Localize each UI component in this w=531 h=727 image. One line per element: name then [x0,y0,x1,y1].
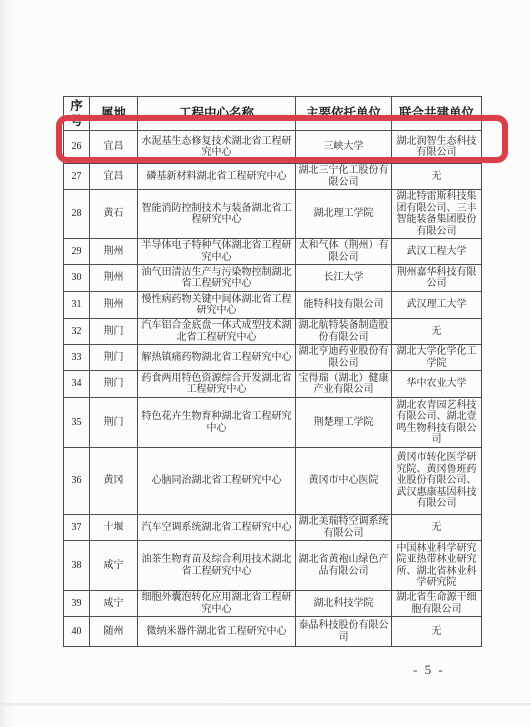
cell-name: 心脑同治湖北省工程研究中心 [138,448,296,515]
cell-no: 32 [64,319,90,345]
cell-region: 黄冈 [90,448,138,515]
cell-no: 38 [64,541,90,591]
cell-partners: 荆州嘉华科技有限公司 [392,265,482,292]
cell-partners: 中国林业科学研究院亚热带林业研究所、湖北省林业科学研究院 [392,541,482,591]
cell-name: 汽车铝合金底盘一体式成型技术湖北省工程研究中心 [138,319,296,345]
cell-no: 37 [64,515,90,541]
cell-region: 荆门 [90,319,138,345]
table-row: 37十堰汽车空调系统湖北省工程研究中心湖北美瑞特空调系统有限公司无 [64,515,482,541]
cell-name: 慢性病药物关键中间体湖北省工程研究中心 [138,292,296,319]
table-body: 26宜昌水泥基生态修复技术湖北省工程研究中心三峡大学湖北润智生态科技有限公司27… [64,131,482,647]
cell-region: 黄石 [90,190,138,239]
cell-region: 荆州 [90,265,138,292]
cell-region: 宜昌 [90,164,138,190]
cell-partners: 湖北农青园艺科技有限公司、湖北壹鸣生物科技有限公司 [392,398,482,448]
cell-partners: 武汉工程大学 [392,239,482,265]
cell-region: 荆门 [90,345,138,371]
cell-partners: 无 [392,515,482,541]
header-serial-number: 序号 [64,97,90,131]
cell-host: 湖北亨迪药业股份有限公司 [296,345,392,371]
cell-partners: 无 [392,617,482,647]
cell-name: 油茶生物育苗及综合利用技术湖北省工程研究中心 [138,541,296,591]
cell-no: 29 [64,239,90,265]
engineering-centers-table: 序号 属地 工程中心名称 主要依托单位 联合共建单位 26宜昌水泥基生态修复技术… [63,96,482,647]
cell-host: 能特科技有限公司 [296,292,392,319]
cell-no: 26 [64,131,90,164]
cell-region: 宜昌 [90,131,138,164]
table-row: 30荆州油气田清洁生产与污染物控制湖北省工程研究中心长江大学荆州嘉华科技有限公司 [64,265,482,292]
cell-partners: 湖北大学化学化工学院 [392,345,482,371]
cell-region: 咸宁 [90,591,138,617]
cell-no: 34 [64,371,90,398]
cell-no: 30 [64,265,90,292]
cell-region: 荆州 [90,292,138,319]
cell-region: 荆门 [90,398,138,448]
cell-partners: 湖北省生命源干细胞有限公司 [392,591,482,617]
cell-host: 湖北美瑞特空调系统有限公司 [296,515,392,541]
cell-name: 细胞外囊泡转化应用湖北省工程研究中心 [138,591,296,617]
header-host-unit: 主要依托单位 [296,97,392,131]
table-row: 29荆州半导体电子特种气体湖北省工程研究中心太和气体（荆州）有限公司武汉工程大学 [64,239,482,265]
table-row: 28黄石智能消防控制技术与装备湖北省工程研究中心湖北理工学院湖北特雷斯科技集团有… [64,190,482,239]
cell-no: 28 [64,190,90,239]
cell-partners: 湖北特雷斯科技集团有限公司、三丰智能装备集团股份有限公司 [392,190,482,239]
cell-name: 水泥基生态修复技术湖北省工程研究中心 [138,131,296,164]
table-row: 39咸宁细胞外囊泡转化应用湖北省工程研究中心湖北科技学院湖北省生命源干细胞有限公… [64,591,482,617]
cell-host: 湖北科技学院 [296,591,392,617]
table-row: 36黄冈心脑同治湖北省工程研究中心黄冈市中心医院黄冈市转化医学研究院、黄冈鲁班药… [64,448,482,515]
cell-region: 十堰 [90,515,138,541]
header-joint-unit: 联合共建单位 [392,97,482,131]
table-row: 34荆门药食两用特色资源综合开发湖北省工程研究中心宝得瑞（湖北）健康产业有限公司… [64,371,482,398]
table-row: 27宜昌磷基新材料湖北省工程研究中心湖北三宁化工股份有限公司无 [64,164,482,190]
cell-host: 湖北三宁化工股份有限公司 [296,164,392,190]
cell-name: 汽车空调系统湖北省工程研究中心 [138,515,296,541]
cell-no: 35 [64,398,90,448]
cell-partners: 无 [392,164,482,190]
cell-region: 随州 [90,617,138,647]
table-row: 38咸宁油茶生物育苗及综合利用技术湖北省工程研究中心湖北省黄袍山绿色产品有限公司… [64,541,482,591]
table-row: 31荆州慢性病药物关键中间体湖北省工程研究中心能特科技有限公司武汉理工大学 [64,292,482,319]
cell-host: 宝得瑞（湖北）健康产业有限公司 [296,371,392,398]
table-header-row: 序号 属地 工程中心名称 主要依托单位 联合共建单位 [64,97,482,131]
cell-partners: 无 [392,319,482,345]
cell-host: 泰晶科技股份有限公司 [296,617,392,647]
page-number: - 5 - [413,662,445,678]
cell-region: 咸宁 [90,541,138,591]
cell-no: 36 [64,448,90,515]
cell-host: 太和气体（荆州）有限公司 [296,239,392,265]
cell-partners: 湖北润智生态科技有限公司 [392,131,482,164]
cell-host: 长江大学 [296,265,392,292]
cell-partners: 华中农业大学 [392,371,482,398]
cell-no: 39 [64,591,90,617]
header-region: 属地 [90,97,138,131]
cell-region: 荆门 [90,371,138,398]
table-row: 40随州微纳米器件湖北省工程研究中心泰晶科技股份有限公司无 [64,617,482,647]
cell-name: 磷基新材料湖北省工程研究中心 [138,164,296,190]
cell-host: 三峡大学 [296,131,392,164]
cell-region: 荆州 [90,239,138,265]
cell-partners: 黄冈市转化医学研究院、黄冈鲁班药业股份有限公司、武汉惠康基因科技有限公司 [392,448,482,515]
cell-name: 解热镇痛药物湖北省工程研究中心 [138,345,296,371]
page-bottom-edge [0,703,531,706]
cell-name: 半导体电子特种气体湖北省工程研究中心 [138,239,296,265]
cell-partners: 武汉理工大学 [392,292,482,319]
table-row-highlighted: 26宜昌水泥基生态修复技术湖北省工程研究中心三峡大学湖北润智生态科技有限公司 [64,131,482,164]
cell-name: 微纳米器件湖北省工程研究中心 [138,617,296,647]
cell-no: 27 [64,164,90,190]
cell-host: 湖北省黄袍山绿色产品有限公司 [296,541,392,591]
cell-name: 特色花卉生物育种湖北省工程研究中心 [138,398,296,448]
cell-no: 33 [64,345,90,371]
cell-host: 湖北航特装备制造股份有限公司 [296,319,392,345]
cell-name: 智能消防控制技术与装备湖北省工程研究中心 [138,190,296,239]
cell-no: 31 [64,292,90,319]
table-row: 33荆门解热镇痛药物湖北省工程研究中心湖北亨迪药业股份有限公司湖北大学化学化工学… [64,345,482,371]
cell-host: 湖北理工学院 [296,190,392,239]
cell-name: 油气田清洁生产与污染物控制湖北省工程研究中心 [138,265,296,292]
table-row: 35荆门特色花卉生物育种湖北省工程研究中心荆楚理工学院湖北农青园艺科技有限公司、… [64,398,482,448]
header-center-name: 工程中心名称 [138,97,296,131]
cell-name: 药食两用特色资源综合开发湖北省工程研究中心 [138,371,296,398]
table-row: 32荆门汽车铝合金底盘一体式成型技术湖北省工程研究中心湖北航特装备制造股份有限公… [64,319,482,345]
cell-host: 荆楚理工学院 [296,398,392,448]
cell-host: 黄冈市中心医院 [296,448,392,515]
cell-no: 40 [64,617,90,647]
